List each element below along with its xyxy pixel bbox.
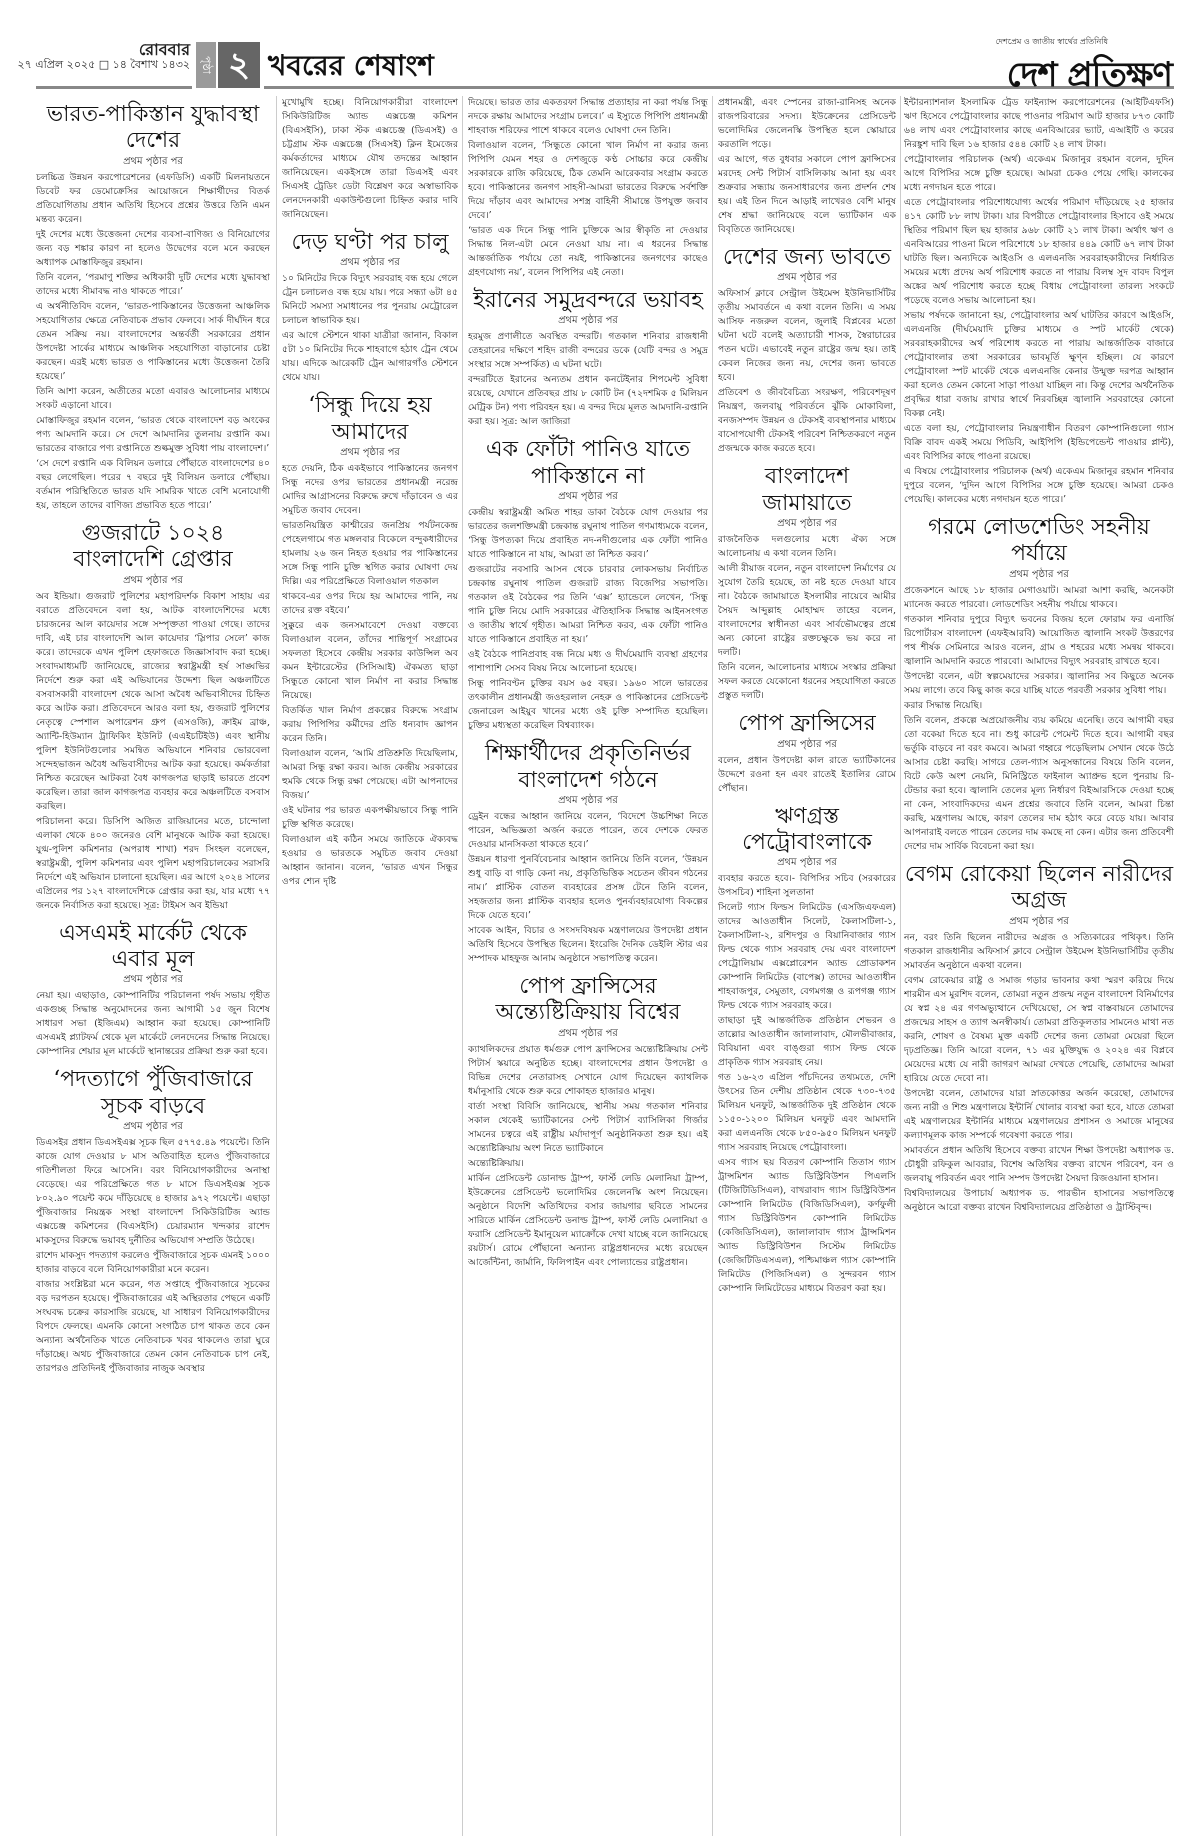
paragraph: মোস্তাফিজুর রহমান বলেন, ‘ভারত থেকে বাংলা… [36,414,270,456]
paragraph: এর আগে স্টেশনে থাকা যাত্রীরা জানান, বিকা… [282,329,458,385]
jump-line: প্রথম পৃষ্ঠার পর [468,314,708,328]
paragraph: সিন্ধু পানিবণ্টন চুক্তির বয়স ৬৫ বছর। ১৯… [468,677,708,733]
headline: দেড় ঘণ্টা পর চালু [282,230,458,256]
paragraph: আলী রীয়াজ বলেন, নতুন বাংলাদেশ নির্মাণের… [718,562,896,660]
jump-line: প্রথম পৃষ্ঠার পর [904,915,1174,929]
paragraph: উন্নয়ন ধারণা পুনর্বিবেচনার আহ্বান জানিয… [468,853,708,923]
story-begum-rokeya: বেগম রোকেয়া ছিলেন নারীদের অগ্রজ প্রথম প… [904,862,1174,1215]
paragraph: সভায় পর্ষদকে জানানো হয়, পেট্রোবাংলার অ… [904,309,1174,421]
paragraph: প্রতিবেশ ও জীববৈচিত্র্য সংরক্ষণ, পরিবেশদ… [718,386,896,456]
issue-date-text: ২৭ এপ্রিল ২০২৫ □ ১৪ বৈশাখ ১৪৩২ [17,58,190,71]
paragraph: অফিসার্স ক্লাবে সেন্ট্রাল উইমেন্স ইউনিভা… [718,287,896,385]
jump-line: প্রথম পৃষ্ঠার পর [468,794,708,808]
paragraph: দুই দেশের মধ্যে উত্তেজনা দেশের ব্যবসা-বা… [36,228,270,270]
headline: পোপ ফ্রান্সিসের অন্ত্যেষ্টিক্রিয়ায় বিশ… [468,974,708,1027]
paragraph: ড্রেইন বন্ধের আহ্বান জানিয়ে বলেন, ‘বিদে… [468,810,708,852]
paragraph: সাবেক আইন, বিচার ও সংসদবিষয়ক মন্ত্রণালয… [468,924,708,966]
paragraph: বাজার সংশ্লিষ্টরা মনে করেন, গত সপ্তাহে প… [36,1278,270,1376]
paragraph: বিলাওয়াল বলেন, ‘সিন্ধুতে কোনো খাল নির্ম… [468,139,708,223]
brand-name: দেশ প্রতিক্ষণ [1007,55,1172,95]
story-pope-funeral: পোপ ফ্রান্সিসের অন্ত্যেষ্টিক্রিয়ায় বিশ… [468,974,708,1270]
headline: ‘সিন্ধু দিয়ে হয় আমাদের [282,393,458,446]
jump-line: প্রথম পৃষ্ঠার পর [718,271,896,285]
paragraph: গতকাল শনিবার দুপুরে বিদ্যুৎ ভবনের বিজয় … [904,613,1174,669]
column-divider [276,96,277,1836]
paragraph: প্রধানমন্ত্রী, এবং স্পেনের রাজা-রানিসহ অ… [718,96,896,152]
paragraph: ‘ভারত এক দিনে সিন্ধু পানি চুক্তিকে আর স্… [468,224,708,280]
paragraph: কেন্দ্রীয় স্বরাষ্ট্রমন্ত্রী অমিত শাহর ড… [468,506,708,562]
headline: গুজরাটে ১০২৪ বাংলাদেশি গ্রেপ্তার [36,521,270,574]
paragraph: বিতর্কিত খাল নির্মাণ প্রকল্পের বিরুদ্ধে … [282,704,458,746]
column-1: ভারত-পাকিস্তান যুদ্ধাবস্থা দেশের প্রথম প… [36,96,270,1836]
paragraph: ডিএসইর প্রধান ডিএসইএক্স সূচক ছিল ৫৭৭৫.৪৯… [36,1136,270,1248]
paragraph: রাজনৈতিক দলগুলোর মধ্যে ঐক্য সঙ্গে আলোচনা… [718,533,896,561]
paragraph: গুজরাটের নবসারি আসন থেকে চারবার লোকসভায়… [468,563,708,647]
jump-line: প্রথম পৃষ্ঠার পর [718,738,896,752]
headline: এক ফোঁটা পানিও যাতে পাকিস্তানে না [468,437,708,490]
paragraph: এসব গ্যাস ছয় বিতরণ কোম্পানি তিতাস গ্যাস… [718,1156,896,1296]
paragraph: এর আগে, গত বুধবার সকালে পোপ ফ্রান্সিসের … [718,153,896,237]
story-resignation-index: ‘পদত্যাগে পুঁজিবাজারে সূচক বাড়বে প্রথম … [36,1067,270,1376]
jump-line: প্রথম পৃষ্ঠার পর [36,155,270,169]
masthead: রোববার ২৭ এপ্রিল ২০২৫ □ ১৪ বৈশাখ ১৪৩২ পৃ… [0,0,1200,90]
story-water-pakistan: এক ফোঁটা পানিও যাতে পাকিস্তানে না প্রথম … [468,437,708,733]
story-pope-arrival: প্রধানমন্ত্রী, এবং স্পেনের রাজা-রানিসহ অ… [718,96,896,237]
headline: বেগম রোকেয়া ছিলেন নারীদের অগ্রজ [904,862,1174,915]
paragraph: ১০ মিনিটের দিকে বিদ্যুৎ সরবরাহ বন্ধ হয়ে… [282,272,458,328]
headline: এসএমই মার্কেট থেকে এবার মূল [36,921,270,974]
column-2: মুখোমুখি হচ্ছে। বিনিয়োগকারীরা বাংলাদেশ … [282,96,458,1836]
column-3: দিয়েছে। ভারত তার একতরফা সিদ্ধান্ত প্রত্… [468,96,708,1836]
section-title: খবরের শেষাংশ [268,44,434,91]
paragraph: করার সিদ্ধান্ত নিয়েছি। [904,699,1174,713]
paragraph: পেট্রোবাংলার পরিচালক (অর্থ) একেএম মিজানু… [904,153,1174,195]
story-bilawal: দিয়েছে। ভারত তার একতরফা সিদ্ধান্ত প্রত্… [468,96,708,280]
story-students-nature: শিক্ষার্থীদের প্রকৃতিনির্ভর বাংলাদেশ গঠন… [468,741,708,966]
story-think-for-country: দেশের জন্য ভাবতে প্রথম পৃষ্ঠার পর অফিসার… [718,245,896,456]
headline: শিক্ষার্থীদের প্রকৃতিনির্ভর বাংলাদেশ গঠন… [468,741,708,794]
story-jamaat: বাংলাদেশ জামায়াতে প্রথম পৃষ্ঠার পর রাজন… [718,464,896,703]
paragraph: সিলেট গ্যাস ফিল্ডস লিমিটেড (এসজিএফএল) তা… [718,901,896,1013]
paragraph: বন্দরটিতে ইরানের অন্যতম প্রধান কনটেইনার … [468,373,708,429]
paragraph: বার্তা সংস্থা বিবিসি জানিয়েছে, স্থানীয়… [468,1100,708,1156]
headline: দেশের জন্য ভাবতে [718,245,896,271]
paragraph: তাছাড়া দুই আন্তর্জাতিক প্রতিষ্ঠান শেভরন… [718,1014,896,1070]
paragraph: দিয়েছে। ভারত তার একতরফা সিদ্ধান্ত প্রত্… [468,96,708,138]
paragraph: তিনি বলেন, ‘পরমাণু শক্তির অধিকারী দুটি দ… [36,271,270,299]
paragraph: মুখোমুখি হচ্ছে। বিনিয়োগকারীরা বাংলাদেশ … [282,96,458,222]
paragraph: তিনি আশা করেন, অতীতের মতো এবারও আলোচনার … [36,385,270,413]
story-pope-francis: পোপ ফ্রান্সিসের প্রথম পৃষ্ঠার পর বলেন, প… [718,711,896,795]
paragraph: বেগম রোকেয়ার রাষ্ট্র ও সমাজ গড়ার ভাবনা… [904,974,1174,1086]
jump-line: প্রথম পৃষ্ঠার পর [282,256,458,270]
paragraph: নন, বরং তিনি ছিলেন নারীদের অগ্রজ ও সত্যি… [904,931,1174,973]
column-divider [900,96,901,1836]
paragraph: হরমুজ প্রণালীতে অবস্থিত বন্দরটি। গতকাল শ… [468,330,708,372]
headline: গরমে লোডশেডিং সহনীয় পর্যায়ে [904,515,1174,568]
paragraph: ওই বৈঠকে পানিপ্রবাহ বন্ধ নিয়ে মধ্য ও দী… [468,648,708,676]
headline: ভারত-পাকিস্তান যুদ্ধাবস্থা দেশের [36,102,270,155]
paragraph: ‘সে দেশে রপ্তানি এক বিলিয়ন ডলারে পৌঁছাত… [36,457,270,513]
paragraph: ক্যাথলিকদের প্রয়াত ধর্মগুরু পোপ ফ্রান্স… [468,1043,708,1099]
paragraph: বিশ্ববিদ্যালয়ের উপাচার্য অধ্যাপক ড. পার… [904,1187,1174,1215]
story-iran-port: ইরানের সমুদ্রবন্দরে ভয়াবহ প্রথম পৃষ্ঠার… [468,288,708,429]
story-india-pakistan: ভারত-পাকিস্তান যুদ্ধাবস্থা দেশের প্রথম প… [36,102,270,513]
page-label: পৃষ্ঠা [196,42,216,88]
headline: পোপ ফ্রান্সিসের [718,711,896,737]
headline: বাংলাদেশ জামায়াতে [718,464,896,517]
story-loadshedding: গরমে লোডশেডিং সহনীয় পর্যায়ে প্রথম পৃষ্… [904,515,1174,854]
paragraph: ওই ঘটনার পর ভারত একপক্ষীয়ভাবে সিন্ধু পা… [282,804,458,832]
paragraph: উপদেষ্টা বলেন, তোমাদের যারা স্নাতকোত্তর … [904,1087,1174,1143]
column-divider [462,96,463,1836]
story-bsec-continued: মুখোমুখি হচ্ছে। বিনিয়োগকারীরা বাংলাদেশ … [282,96,458,222]
paragraph: অব ইন্ডিয়া। গুজরাট পুলিশের মহাপরিদর্শক … [36,590,270,814]
jump-line: প্রথম পৃষ্ঠার পর [282,446,458,460]
paragraph: প্রজেকশনে আছে ১৮ হাজার মেগাওয়াট। আমরা আ… [904,584,1174,612]
column-5: ইন্টারন্যাশনাল ইসলামিক ট্রেড ফাইন্যান্স … [904,96,1174,1836]
brand-tagline: দেশপ্রেম ও জাতীয় স্বার্থের প্রতিনিধি [996,36,1108,49]
jump-line: প্রথম পৃষ্ঠার পর [468,490,708,504]
paragraph: এতে পেট্রোবাংলার পরিশোধযোগ্য অর্থের পরিম… [904,196,1174,308]
story-petrobangla-debt: ঋণগ্রস্ত পেট্রোবাংলাকে প্রথম পৃষ্ঠার পর … [718,804,896,1297]
headline: ঋণগ্রস্ত পেট্রোবাংলাকে [718,804,896,857]
column-4: প্রধানমন্ত্রী, এবং স্পেনের রাজা-রানিসহ অ… [718,96,896,1836]
story-indus: ‘সিন্ধু দিয়ে হয় আমাদের প্রথম পৃষ্ঠার প… [282,393,458,889]
paragraph: হতে দেয়নি, ঠিক একইভাবে পাকিস্তানের জনগণ… [282,462,458,518]
masthead-rule-left [36,86,192,89]
jump-line: প্রথম পৃষ্ঠার পর [36,973,270,987]
jump-line: প্রথম পৃষ্ঠার পর [36,1120,270,1134]
jump-line: প্রথম পৃষ্ঠার পর [36,574,270,588]
paragraph: এ অর্থনীতিবিদ বলেন, ‘ভারত-পাকিস্তানের উত… [36,300,270,384]
paragraph: বলেন, প্রধান উপদেষ্টা কাল রাতে ভ্যাটিকান… [718,754,896,796]
column-divider [712,96,713,1836]
jump-line: প্রথম পৃষ্ঠার পর [904,568,1174,582]
paragraph: রাশেদ মাকসুদ পদত্যাগ করলেও পুঁজিবাজারে স… [36,1249,270,1277]
issue-date: রোববার ২৭ এপ্রিল ২০২৫ □ ১৪ বৈশাখ ১৪৩২ [17,42,190,72]
paragraph: তিনি বলেন, আলোচনার মাধ্যমে সংস্কার প্রক্… [718,661,896,703]
jump-line: প্রথম পৃষ্ঠার পর [718,517,896,531]
paragraph: মার্কিন প্রেসিডেন্ট ডোনাল্ড ট্রাম্প, ফার… [468,1172,708,1270]
paragraph: পরিচালনা করে। ডিসিপি অজিত রাজিয়ানের মতে… [36,815,270,913]
paragraph: উপদেষ্টা বলেন, এটা স্বল্পমেয়াদের সরকার।… [904,670,1174,698]
paragraph: অন্ত্যেষ্টিক্রিয়ায়। [468,1157,708,1171]
headline: ইরানের সমুদ্রবন্দরে ভয়াবহ [468,288,708,314]
page-number: ২ [218,42,260,88]
story-petrobangla-finance: ইন্টারন্যাশনাল ইসলামিক ট্রেড ফাইন্যান্স … [904,96,1174,507]
paragraph: এতে বলা হয়, পেট্রোবাংলার নিয়ন্ত্রণাধীন… [904,422,1174,464]
paragraph: তিনি বলেন, প্রকল্পে অপ্রয়োজনীয় ব্যয় ক… [904,714,1174,854]
paragraph: নেয়া হয়। এছাড়াও, কোম্পানিটির পরিচালনা… [36,989,270,1059]
paragraph: সুক্কুরে এক জনসমাবেশে দেওয়া বক্তব্যে বি… [282,619,458,703]
jump-line: প্রথম পৃষ্ঠার পর [468,1027,708,1041]
paragraph: থাকবে-এর ওপর দিয়ে হয় আমাদের পানি, নয় … [282,590,458,618]
paragraph: বিলাওয়াল এই কঠিন সময়ে জাতিকে ঐক্যবদ্ধ … [282,833,458,889]
issue-day: রোববার [17,42,190,57]
paragraph: গত ১৬-২৩ এপ্রিল পাঁচদিনের তথ্যমতে, দেশি … [718,1071,896,1155]
paragraph: এ বিষয়ে পেট্রোবাংলার পরিচালক (অর্থ) একে… [904,465,1174,507]
paragraph: ইন্টারন্যাশনাল ইসলামিক ট্রেড ফাইন্যান্স … [904,96,1174,152]
paragraph: ব্যবহার করতে হবে।- বিপিসির সচিব (সরকারের… [718,872,896,900]
story-metro-rail: দেড় ঘণ্টা পর চালু প্রথম পৃষ্ঠার পর ১০ ম… [282,230,458,385]
paragraph: চলচ্চিত্র উন্নয়ন করপোরেশনের (এফডিসি) এক… [36,171,270,227]
jump-line: প্রথম পৃষ্ঠার পর [718,856,896,870]
paragraph: সমাবর্তনে প্রধান অতিথি হিসেবে বক্তব্য রা… [904,1144,1174,1186]
paragraph: বিলাওয়াল বলেন, ‘আমি প্রতিশ্রুতি দিয়েছি… [282,747,458,803]
story-gujarat: গুজরাটে ১০২৪ বাংলাদেশি গ্রেপ্তার প্রথম প… [36,521,270,913]
story-sme-market: এসএমই মার্কেট থেকে এবার মূল প্রথম পৃষ্ঠা… [36,921,270,1060]
headline: ‘পদত্যাগে পুঁজিবাজারে সূচক বাড়বে [36,1067,270,1120]
paragraph: ভারতনিয়ন্ত্রিত কাশ্মীরের জনপ্রিয় পর্যট… [282,519,458,589]
